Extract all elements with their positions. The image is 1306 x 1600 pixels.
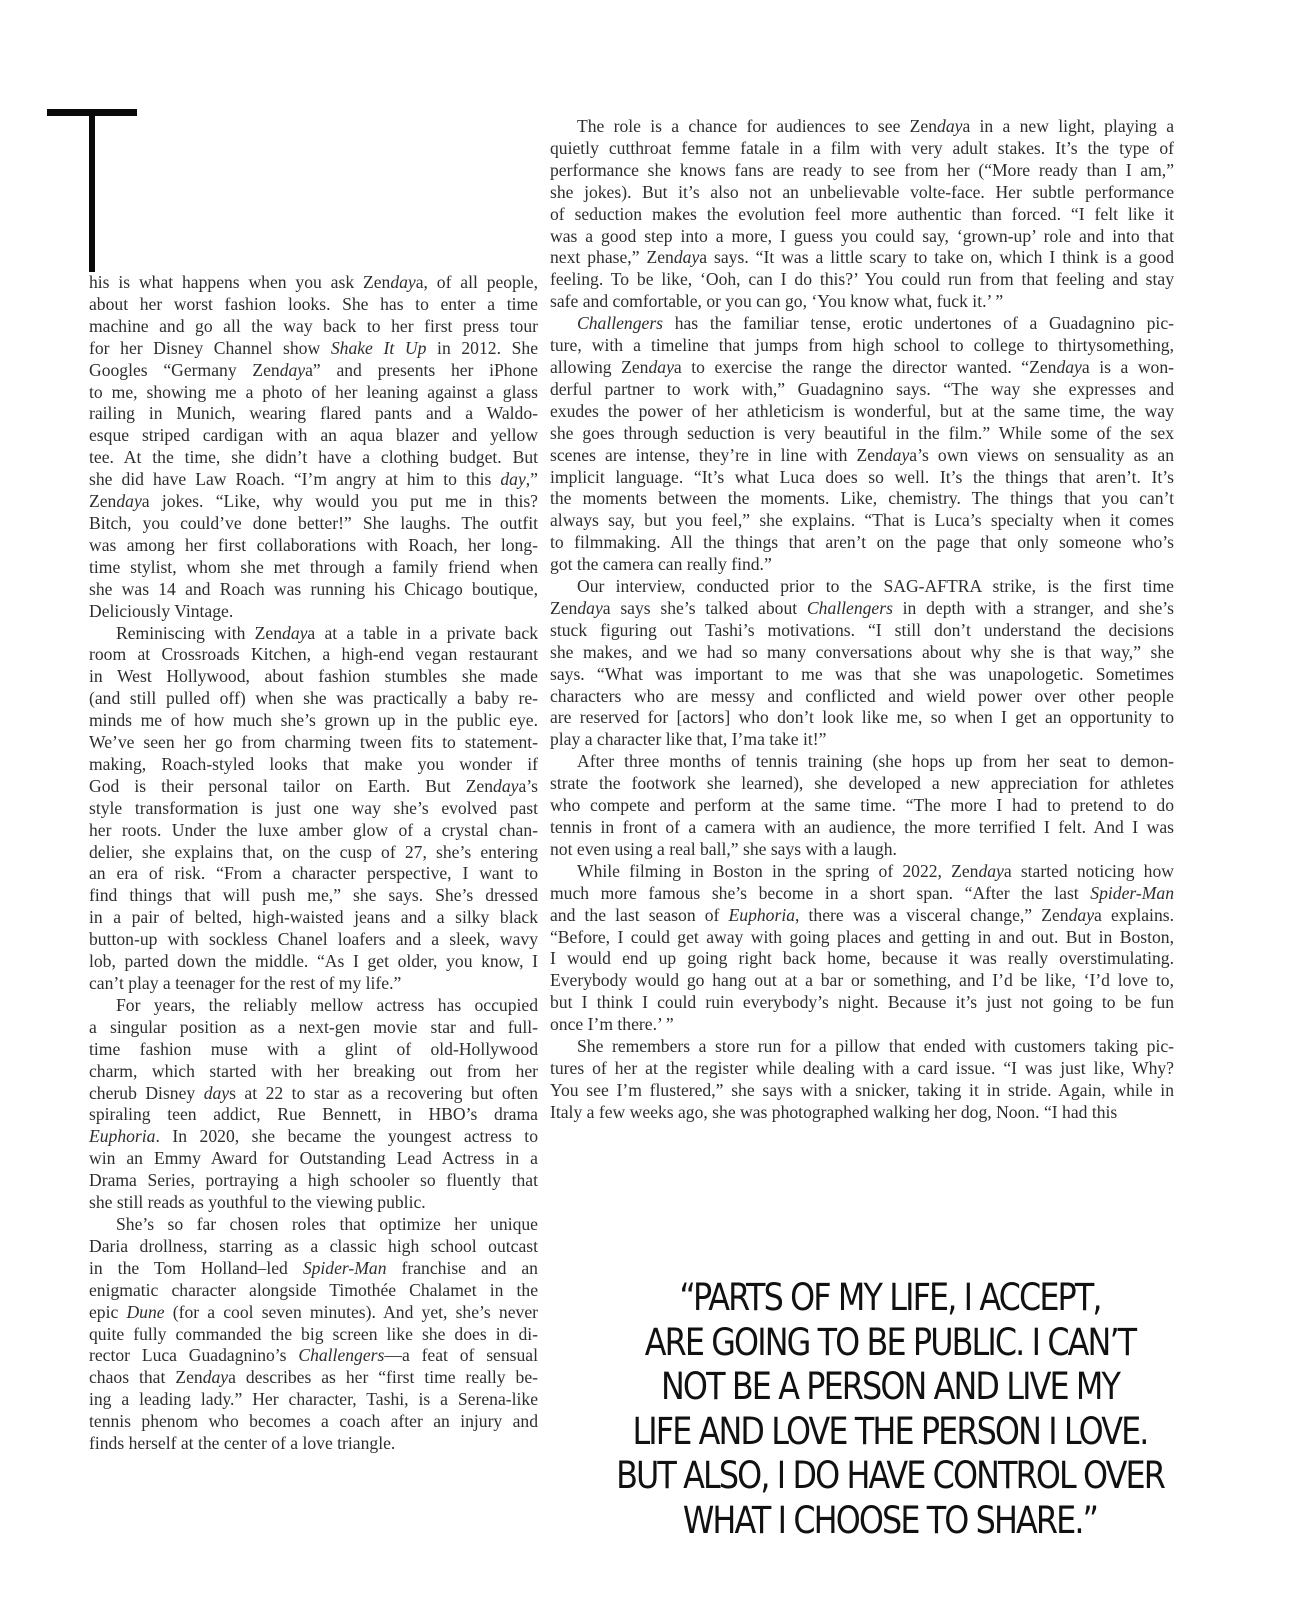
- text-line: charm, which started with her breaking o…: [89, 1061, 538, 1083]
- drop-cap-t: [47, 109, 137, 272]
- text-line: God is their personal tailor on Earth. B…: [89, 776, 538, 798]
- text-line: much more famous she’s become in a short…: [550, 883, 1174, 905]
- text-line: enigmatic character alongside Timothée C…: [89, 1280, 538, 1302]
- text-line: for her Disney Channel show Shake It Up …: [89, 338, 538, 360]
- text-line: finds herself at the center of a love tr…: [89, 1433, 538, 1455]
- text-line: and the last season of Euphoria, there w…: [550, 905, 1174, 927]
- text-line: We’ve seen her go from charming tween fi…: [89, 732, 538, 754]
- text-line: Deliciously Vintage.: [89, 601, 538, 623]
- text-line: once I’m there.’ ”: [550, 1014, 1174, 1036]
- text-line: who compete and perform at the same time…: [550, 795, 1174, 817]
- text-line: says. “What was important to me was that…: [550, 664, 1174, 686]
- text-line: she makes, and we had so many conversati…: [550, 642, 1174, 664]
- text-line: in West Hollywood, about fashion stumble…: [89, 666, 538, 688]
- text-line: derful partner to work with,” Guadagnino…: [550, 379, 1174, 401]
- article-paragraph: Reminiscing with Zendaya at a table in a…: [89, 623, 538, 995]
- text-line: win an Emmy Award for Outstanding Lead A…: [89, 1148, 538, 1170]
- pull-quote: “PARTS OF MY LIFE, I ACCEPT, ARE GOING T…: [606, 1276, 1174, 1543]
- text-line: she still reads as youthful to the viewi…: [89, 1192, 538, 1214]
- text-line: spiraling teen addict, Rue Bennett, in H…: [89, 1104, 538, 1126]
- text-line: cherub Disney days at 22 to star as a re…: [89, 1083, 538, 1105]
- text-line: safe and comfortable, or you can go, ‘Yo…: [550, 291, 1174, 313]
- text-line: Zendaya jokes. “Like, why would you put …: [89, 491, 538, 513]
- text-line: she did have Law Roach. “I’m angry at hi…: [89, 469, 538, 491]
- text-line: was among her first collaborations with …: [89, 535, 538, 557]
- pull-quote-line: NOT BE A PERSON AND LIVE MY: [606, 1365, 1174, 1410]
- text-line: railing in Munich, wearing flared pants …: [89, 403, 538, 425]
- pull-quote-line: WHAT I CHOOSE TO SHARE.”: [606, 1499, 1174, 1544]
- text-line: implicit language. “It’s what Luca does …: [550, 467, 1174, 489]
- text-line: next phase,” Zendaya says. “It was a lit…: [550, 247, 1174, 269]
- text-line: got the camera can really find.”: [550, 554, 1174, 576]
- text-line: his is what happens when you ask Zendaya…: [89, 272, 538, 294]
- text-line: always say, but you feel,” she explains.…: [550, 510, 1174, 532]
- article-paragraph: For years, the reliably mellow actress h…: [89, 995, 538, 1214]
- article-paragraph: After three months of tennis training (s…: [550, 751, 1174, 861]
- text-line: play a character like that, I’ma take it…: [550, 729, 1174, 751]
- article-paragraph: his is what happens when you ask Zendaya…: [89, 272, 538, 623]
- text-line: but I think I could ruin everybody’s nig…: [550, 992, 1174, 1014]
- text-line: Drama Series, portraying a high schooler…: [89, 1170, 538, 1192]
- magazine-page: his is what happens when you ask Zendaya…: [0, 0, 1306, 1600]
- text-line: ing a leading lady.” Her character, Tash…: [89, 1389, 538, 1411]
- text-line: performance she knows fans are ready to …: [550, 160, 1174, 182]
- text-line: delier, she explains that, on the cusp o…: [89, 842, 538, 864]
- text-line: quietly cutthroat femme fatale in a film…: [550, 138, 1174, 160]
- text-line: scenes are intense, they’re in line with…: [550, 445, 1174, 467]
- text-line: epic Dune (for a cool seven minutes). An…: [89, 1302, 538, 1324]
- text-line: esque striped cardigan with an aqua blaz…: [89, 425, 538, 447]
- pull-quote-line: ARE GOING TO BE PUBLIC. I CAN’T: [606, 1321, 1174, 1366]
- text-line: tures of her at the register while deali…: [550, 1058, 1174, 1080]
- text-line: she goes through seduction is very beaut…: [550, 423, 1174, 445]
- text-line: allowing Zendaya to exercise the range t…: [550, 357, 1174, 379]
- text-line: to filmmaking. All the things that aren’…: [550, 532, 1174, 554]
- article-paragraph: She remembers a store run for a pillow t…: [550, 1036, 1174, 1124]
- text-line: You see I’m flustered,” she says with a …: [550, 1080, 1174, 1102]
- text-line: room at Crossroads Kitchen, a high-end v…: [89, 644, 538, 666]
- text-line: stuck figuring out Tashi’s motivations. …: [550, 620, 1174, 642]
- text-line: I would end up going right back home, be…: [550, 948, 1174, 970]
- text-line: Euphoria. In 2020, she became the younge…: [89, 1126, 538, 1148]
- text-line: “Before, I could get away with going pla…: [550, 927, 1174, 949]
- text-line: in a pair of belted, high-waisted jeans …: [89, 907, 538, 929]
- text-line: she jokes). But it’s also not an unbelie…: [550, 182, 1174, 204]
- text-line: time fashion muse with a glint of old-Ho…: [89, 1039, 538, 1061]
- text-line: The role is a chance for audiences to se…: [550, 116, 1174, 138]
- text-line: ture, with a timeline that jumps from hi…: [550, 335, 1174, 357]
- text-line: her roots. Under the luxe amber glow of …: [89, 820, 538, 842]
- text-line: to me, showing me a photo of her leaning…: [89, 382, 538, 404]
- text-line: exudes the power of her athleticism is w…: [550, 401, 1174, 423]
- text-line: strate the footwork she learned), she de…: [550, 773, 1174, 795]
- text-line: not even using a real ball,” she says wi…: [550, 839, 1174, 861]
- text-line: was a good step into a more, I guess you…: [550, 226, 1174, 248]
- text-line: time stylist, whom she met through a fam…: [89, 557, 538, 579]
- text-line: minds me of how much she’s grown up in t…: [89, 710, 538, 732]
- text-line: can’t play a teenager for the rest of my…: [89, 973, 538, 995]
- text-line: find things that will push me,” she says…: [89, 885, 538, 907]
- text-line: of seduction makes the evolution feel mo…: [550, 204, 1174, 226]
- text-line: quite fully commanded the big screen lik…: [89, 1324, 538, 1346]
- text-line: Challengers has the familiar tense, erot…: [550, 313, 1174, 335]
- text-line: Everybody would go hang out at a bar or …: [550, 970, 1174, 992]
- text-line: she was 14 and Roach was running his Chi…: [89, 579, 538, 601]
- text-line: style transformation is just one way she…: [89, 798, 538, 820]
- text-line: (and still pulled off) when she was prac…: [89, 688, 538, 710]
- drop-cap-stem: [89, 109, 95, 272]
- text-line: tennis in front of a camera with an audi…: [550, 817, 1174, 839]
- text-line: chaos that Zendaya describes as her “fir…: [89, 1367, 538, 1389]
- text-line: rector Luca Guadagnino’s Challengers—a f…: [89, 1345, 538, 1367]
- article-paragraph: The role is a chance for audiences to se…: [550, 116, 1174, 313]
- pull-quote-line: LIFE AND LOVE THE PERSON I LOVE.: [606, 1410, 1174, 1455]
- pull-quote-line: “PARTS OF MY LIFE, I ACCEPT,: [606, 1276, 1174, 1321]
- text-line: After three months of tennis training (s…: [550, 751, 1174, 773]
- text-line: button-up with sockless Chanel loafers a…: [89, 929, 538, 951]
- right-column: The role is a chance for audiences to se…: [550, 116, 1174, 1124]
- article-paragraph: She’s so far chosen roles that optimize …: [89, 1214, 538, 1455]
- article-paragraph: While filming in Boston in the spring of…: [550, 861, 1174, 1036]
- text-line: machine and go all the way back to her f…: [89, 316, 538, 338]
- text-line: Googles “Germany Zendaya” and presents h…: [89, 360, 538, 382]
- text-line: For years, the reliably mellow actress h…: [89, 995, 538, 1017]
- text-line: tee. At the time, she didn’t have a clot…: [89, 447, 538, 469]
- text-line: tennis phenom who becomes a coach after …: [89, 1411, 538, 1433]
- text-line: Our interview, conducted prior to the SA…: [550, 576, 1174, 598]
- article-paragraph: Our interview, conducted prior to the SA…: [550, 576, 1174, 751]
- text-line: a singular position as a next-gen movie …: [89, 1017, 538, 1039]
- left-column: his is what happens when you ask Zendaya…: [89, 272, 538, 1455]
- text-line: Italy a few weeks ago, she was photograp…: [550, 1102, 1174, 1124]
- text-line: are reserved for [actors] who don’t look…: [550, 707, 1174, 729]
- text-line: making, Roach-styled looks that make you…: [89, 754, 538, 776]
- text-line: Reminiscing with Zendaya at a table in a…: [89, 623, 538, 645]
- text-line: Zendaya says she’s talked about Challeng…: [550, 598, 1174, 620]
- text-line: Bitch, you could’ve done better!” She la…: [89, 513, 538, 535]
- pull-quote-line: BUT ALSO, I DO HAVE CONTROL OVER: [606, 1454, 1174, 1499]
- text-line: the moments between the moments. Like, c…: [550, 488, 1174, 510]
- text-line: about her worst fashion looks. She has t…: [89, 294, 538, 316]
- text-line: Daria drollness, starring as a classic h…: [89, 1236, 538, 1258]
- text-line: in the Tom Holland–led Spider-Man franch…: [89, 1258, 538, 1280]
- text-line: While filming in Boston in the spring of…: [550, 861, 1174, 883]
- text-line: feeling. To be like, ‘Ooh, can I do this…: [550, 269, 1174, 291]
- text-line: lob, parted down the middle. “As I get o…: [89, 951, 538, 973]
- text-line: She remembers a store run for a pillow t…: [550, 1036, 1174, 1058]
- text-line: characters who are messy and conflicted …: [550, 686, 1174, 708]
- text-line: an era of risk. “From a character perspe…: [89, 863, 538, 885]
- article-paragraph: Challengers has the familiar tense, erot…: [550, 313, 1174, 576]
- text-line: She’s so far chosen roles that optimize …: [89, 1214, 538, 1236]
